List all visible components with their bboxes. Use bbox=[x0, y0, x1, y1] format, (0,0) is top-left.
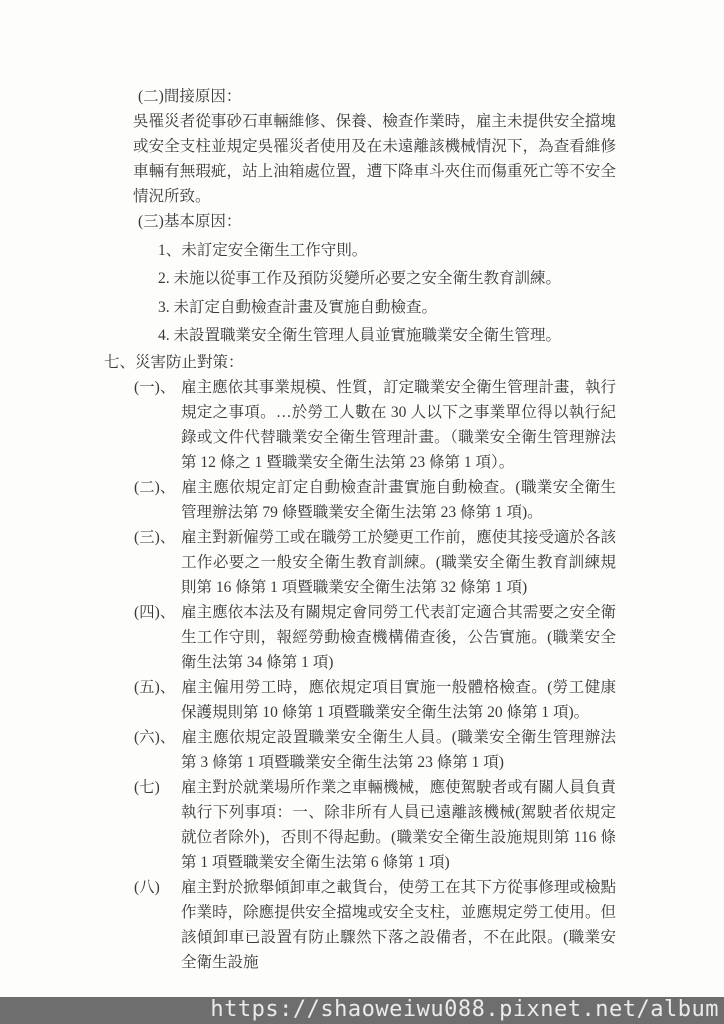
item-text: 雇主應依規定訂定自動檢查計畫實施自動檢查。(職業安全衛生管理辦法第 79 條暨職… bbox=[181, 479, 616, 521]
basic-cause-item: 1、未訂定安全衛生工作守則。 bbox=[158, 238, 618, 263]
prevention-item: (三)、雇主對新僱勞工或在職勞工於變更工作前，應使其接受適於各該工作必要之一般安… bbox=[134, 525, 616, 600]
item-text: 雇主應依規定設置職業安全衛生人員。(職業安全衛生管理辦法第 3 條第 1 項暨職… bbox=[181, 729, 616, 771]
document-content: (二)間接原因： 吳罹災者從事砂石車輛維修、保養、檢查作業時，雇主未提供安全擋塊… bbox=[0, 84, 724, 975]
basic-cause-item: 3. 未訂定自動檢查計畫及實施自動檢查。 bbox=[158, 295, 618, 320]
item-text: 雇主對於就業場所作業之車輛機械，應使駕駛者或有關人員負責執行下列事項：一、除非所… bbox=[181, 779, 616, 871]
basic-cause-item: 4. 未設置職業安全衛生管理人員並實施職業安全衛生管理。 bbox=[158, 323, 618, 348]
prevention-item: (五)、雇主僱用勞工時，應依規定項目實施一般體格檢查。(勞工健康保護規則第 10… bbox=[134, 675, 616, 725]
item-label: (一)、 bbox=[134, 375, 181, 400]
prevention-item: (六)、雇主應依規定設置職業安全衛生人員。(職業安全衛生管理辦法第 3 條第 1… bbox=[134, 725, 616, 775]
item-label: (六)、 bbox=[134, 725, 181, 750]
indirect-cause-heading: (二)間接原因： bbox=[138, 84, 620, 109]
item-label: (四)、 bbox=[134, 600, 181, 625]
prevention-item: (四)、雇主應依本法及有關規定會同勞工代表訂定適合其需要之安全衛生工作守則，報經… bbox=[134, 600, 616, 675]
item-label: (七) bbox=[134, 775, 181, 800]
item-text: 雇主應依本法及有關規定會同勞工代表訂定適合其需要之安全衛生工作守則，報經勞動檢查… bbox=[181, 604, 616, 671]
prevention-list: (一)、雇主應依其事業規模、性質，訂定職業安全衛生管理計畫，執行規定之事項。…於… bbox=[134, 375, 616, 975]
prevention-heading: 七、災害防止對策： bbox=[104, 350, 624, 375]
item-label: (二)、 bbox=[134, 475, 181, 500]
watermark-url: https://shaoweiwu088.pixnet.net/album bbox=[210, 997, 719, 1022]
prevention-item: (八)雇主對於掀舉傾卸車之載貨台，使勞工在其下方從事修理或檢點作業時，除應提供安… bbox=[134, 875, 616, 975]
prevention-item: (二)、雇主應依規定訂定自動檢查計畫實施自動檢查。(職業安全衛生管理辦法第 79… bbox=[134, 475, 616, 525]
basic-cause-list: 1、未訂定安全衛生工作守則。 2. 未施以從事工作及預防災變所必要之安全衛生教育… bbox=[158, 238, 618, 349]
indirect-cause-body: 吳罹災者從事砂石車輛維修、保養、檢查作業時，雇主未提供安全擋塊或安全支柱並規定吳… bbox=[133, 109, 616, 209]
item-text: 雇主對於掀舉傾卸車之載貨台，使勞工在其下方從事修理或檢點作業時，除應提供安全擋塊… bbox=[181, 879, 616, 971]
item-label: (五)、 bbox=[134, 675, 181, 700]
item-text: 雇主僱用勞工時，應依規定項目實施一般體格檢查。(勞工健康保護規則第 10 條第 … bbox=[181, 679, 616, 721]
basic-cause-heading: (三)基本原因： bbox=[138, 209, 620, 234]
basic-cause-item: 2. 未施以從事工作及預防災變所必要之安全衛生教育訓練。 bbox=[158, 266, 618, 291]
item-text: 雇主對新僱勞工或在職勞工於變更工作前，應使其接受適於各該工作必要之一般安全衛生教… bbox=[181, 529, 616, 596]
item-text: 雇主應依其事業規模、性質，訂定職業安全衛生管理計畫，執行規定之事項。…於勞工人數… bbox=[181, 379, 616, 471]
item-label: (三)、 bbox=[134, 525, 181, 550]
prevention-item: (一)、雇主應依其事業規模、性質，訂定職業安全衛生管理計畫，執行規定之事項。…於… bbox=[134, 375, 616, 475]
document-page: (二)間接原因： 吳罹災者從事砂石車輛維修、保養、檢查作業時，雇主未提供安全擋塊… bbox=[0, 0, 724, 1024]
prevention-item: (七)雇主對於就業場所作業之車輛機械，應使駕駛者或有關人員負責執行下列事項：一、… bbox=[134, 775, 616, 875]
watermark-bar: https://shaoweiwu088.pixnet.net/album bbox=[0, 997, 724, 1024]
item-label: (八) bbox=[134, 875, 181, 900]
